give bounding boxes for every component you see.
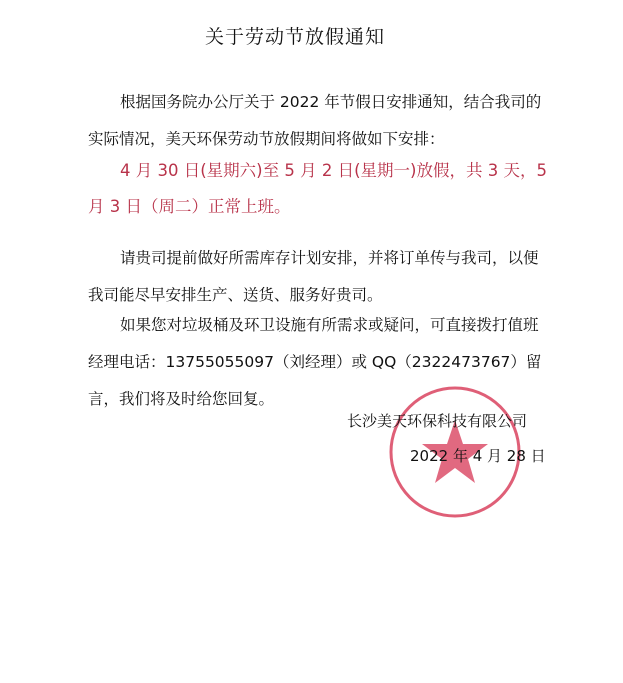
company-signature: 长沙美天环保科技有限公司	[347, 410, 527, 431]
issue-date: 2022 年 4 月 28 日	[410, 445, 546, 466]
notice-title: 关于劳动节放假通知	[205, 22, 385, 49]
paragraph-intro: 根据国务院办公厅关于 2022 年节假日安排通知，结合我司的实际情况，美天环保劳…	[88, 84, 548, 158]
paragraph-inventory-request: 请贵司提前做好所需库存计划安排，并将订单传与我司，以便我司能尽早安排生产、送货、…	[88, 240, 548, 314]
paragraph-holiday-schedule: 4 月 30 日(星期六)至 5 月 2 日(星期一)放假，共 3 天，5 月 …	[88, 153, 548, 225]
